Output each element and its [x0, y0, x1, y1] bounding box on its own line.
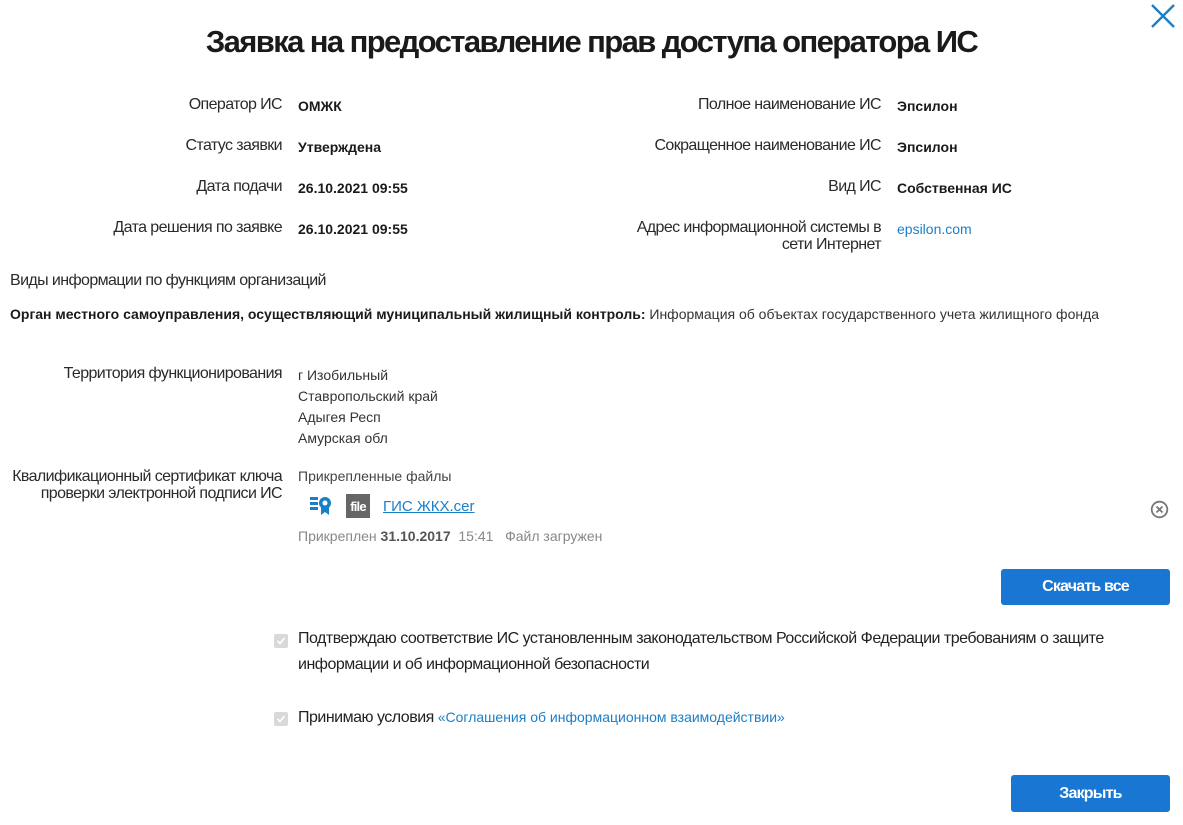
- field-value: 26.10.2021 09:55: [298, 219, 408, 238]
- field-value: 26.10.2021 09:55: [298, 178, 408, 197]
- territory-item: Ставропольский край: [298, 386, 438, 407]
- territory-item: Амурская обл: [298, 428, 438, 449]
- field-label: Сокращенное наименование ИС: [631, 137, 881, 154]
- agreement-text: Принимаю условия «Соглашения об информац…: [298, 704, 785, 731]
- field-internet-address: Адрес информационной системы в сети Инте…: [631, 219, 972, 253]
- check-icon: [276, 636, 286, 646]
- field-label: Адрес информационной системы в сети Инте…: [631, 219, 881, 253]
- field-label: Оператор ИС: [0, 96, 282, 113]
- file-status: Файл загружен: [505, 528, 602, 544]
- field-certificate: Квалификационный сертификат ключа провер…: [0, 468, 282, 502]
- field-decision-date: Дата решения по заявке 26.10.2021 09:55: [0, 219, 408, 238]
- field-label: Статус заявки: [0, 137, 282, 154]
- internet-address-link[interactable]: epsilon.com: [897, 221, 972, 237]
- download-all-button[interactable]: Скачать все: [1001, 569, 1170, 605]
- agreement-checkbox[interactable]: [274, 712, 288, 726]
- attached-date: 31.10.2017: [381, 528, 451, 544]
- field-status: Статус заявки Утверждена: [0, 137, 381, 156]
- field-operator: Оператор ИС ОМЖК: [0, 96, 342, 115]
- field-label: Вид ИС: [631, 178, 881, 195]
- field-value: ОМЖК: [298, 96, 342, 115]
- field-value: Эпсилон: [897, 137, 958, 156]
- info-types-paragraph: Орган местного самоуправления, осуществл…: [10, 304, 1150, 324]
- close-button[interactable]: Закрыть: [1011, 775, 1170, 812]
- field-submit-date: Дата подачи 26.10.2021 09:55: [0, 178, 408, 197]
- attached-time: 15:41: [458, 528, 493, 544]
- field-is-type: Вид ИС Собственная ИС: [631, 178, 1012, 197]
- field-territory: Территория функционирования г Изобильный…: [0, 365, 438, 449]
- status-value: Утверждена: [298, 137, 381, 156]
- checkbox-row-compliance: Подтверждаю соответствие ИС установленны…: [274, 630, 1144, 678]
- field-value: Собственная ИС: [897, 178, 1012, 197]
- remove-file-icon[interactable]: [1150, 500, 1169, 519]
- attached-prefix: Прикреплен: [298, 528, 377, 544]
- checkbox-row-agreement: Принимаю условия «Соглашения об информац…: [274, 708, 785, 731]
- section-title-info-types: Виды информации по функциям организаций: [10, 272, 326, 290]
- org-function: Орган местного самоуправления, осуществл…: [10, 306, 645, 322]
- field-label: Дата решения по заявке: [0, 219, 282, 236]
- territory-item: Адыгея Респ: [298, 407, 438, 428]
- field-label: Квалификационный сертификат ключа провер…: [0, 468, 282, 502]
- compliance-checkbox[interactable]: [274, 634, 288, 648]
- agreement-prefix: Принимаю условия: [298, 709, 434, 726]
- field-short-name: Сокращенное наименование ИС Эпсилон: [631, 137, 958, 156]
- files-title: Прикрепленные файлы: [298, 468, 602, 484]
- dialog-title: Заявка на предоставление прав доступа оп…: [0, 24, 1183, 60]
- file-download-link[interactable]: ГИС ЖКХ.cer: [383, 498, 475, 515]
- field-label: Дата подачи: [0, 178, 282, 195]
- agreement-link[interactable]: «Соглашения об информационном взаимодейс…: [438, 709, 785, 725]
- compliance-text: Подтверждаю соответствие ИС установленны…: [298, 626, 1144, 678]
- certificate-icon: [310, 496, 332, 516]
- field-label: Полное наименование ИС: [631, 96, 881, 113]
- file-item: file ГИС ЖКХ.cer: [310, 494, 602, 518]
- field-full-name: Полное наименование ИС Эпсилон: [631, 96, 958, 115]
- check-icon: [276, 714, 286, 724]
- file-meta: Прикреплен 31.10.2017 15:41 Файл загруже…: [298, 528, 602, 544]
- info-description: Информация об объектах государственного …: [649, 306, 1099, 322]
- territory-item: г Изобильный: [298, 365, 438, 386]
- field-label: Территория функционирования: [0, 365, 282, 382]
- attached-files: Прикрепленные файлы file ГИС ЖКХ.cer При…: [298, 468, 602, 544]
- file-type-icon: file: [346, 494, 370, 518]
- territory-list: г Изобильный Ставропольский край Адыгея …: [298, 365, 438, 449]
- field-value: Эпсилон: [897, 96, 958, 115]
